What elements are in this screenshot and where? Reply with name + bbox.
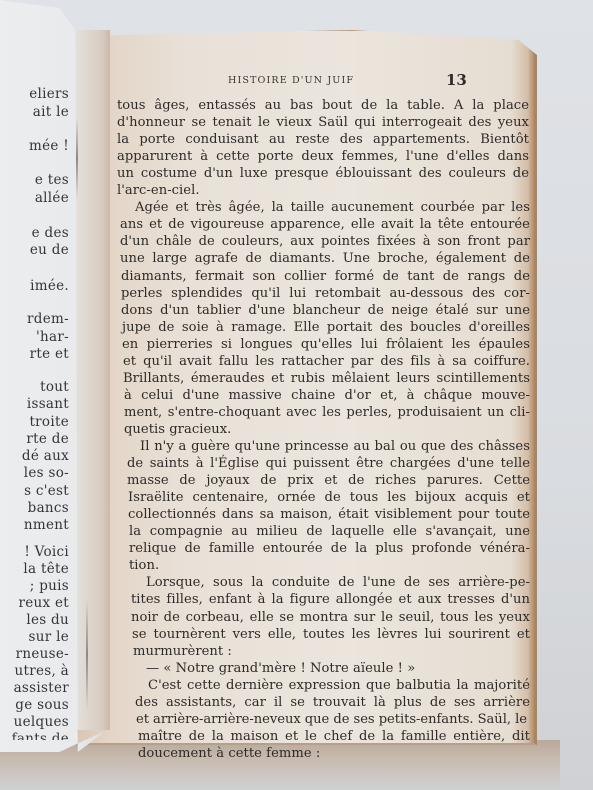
text-line: Israëlite centenaire, ornée de tous les … [128, 490, 530, 505]
text-line: jupe de soie à ramage. Elle portait des … [122, 320, 530, 335]
text-line: collectionnés dans sa maison, était visi… [128, 507, 530, 522]
text-line: de saints à l'Église qui puissent être c… [127, 456, 530, 471]
text-line: Agée et très âgée, la taille aucunement … [135, 200, 530, 215]
page-body-text: tous âges, entassés au bas bout de la ta… [0, 0, 593, 790]
text-line: l'arc-en-ciel. [117, 183, 200, 198]
text-line: noir de corbeau, elle se montra sur le s… [131, 610, 530, 625]
text-line: Il n'y a guère qu'une princesse au bal o… [140, 439, 530, 454]
text-line: — « Notre grand'mère ! Notre aïeule ! » [146, 661, 415, 676]
text-line: apparurent à cette porte deux femmes, l'… [117, 149, 529, 164]
text-line: tous âges, entassés au bas bout de la ta… [117, 98, 529, 113]
text-line: diamants, fermait son collier formé de t… [121, 269, 530, 284]
text-line: la compagnie au milieu de laquelle elle … [129, 524, 530, 539]
text-line: d'honneur se tenait le vieux Saül qui in… [117, 115, 529, 130]
text-line: une large agrafe de diamants. Une broche… [120, 251, 530, 266]
text-line: d'un châle de couleurs, aux pointes fixé… [120, 234, 530, 249]
text-line: dons d'un tablier d'une blancheur de nei… [121, 303, 530, 318]
text-line: tion. [129, 558, 159, 573]
text-line: doucement à cette femme : [138, 746, 320, 761]
text-line: et qu'il avait fallu les rattacher par d… [123, 354, 530, 369]
text-line: quetis gracieux. [124, 422, 231, 437]
text-line: Lorsque, sous la conduite de l'une de se… [146, 575, 530, 590]
text-line: masse de joyaux de prix et de riches par… [127, 473, 530, 488]
text-line: maître de la maison et le chef de la fam… [138, 729, 530, 744]
text-line: relique de famille entourée de la plus p… [129, 541, 530, 556]
text-line: perles splendides qu'il lui retombait au… [121, 286, 530, 301]
text-line: la porte conduisant au reste des apparte… [117, 132, 529, 147]
text-line: ans et de vigoureuse apparence, elle ava… [120, 217, 530, 232]
text-line: se tournèrent vers elle, toutes les lèvr… [132, 627, 530, 642]
text-line: C'est cette dernière expression que balb… [148, 678, 530, 693]
text-line: un costume d'un luxe presque éblouissant… [117, 166, 529, 181]
text-line: à celui d'une massive chaine d'or et, à … [124, 388, 530, 403]
text-line: ment, s'entre-choquant avec les perles, … [124, 405, 530, 420]
text-line: murmurèrent : [133, 644, 232, 659]
text-line: des assistants, car il se trouvait là pl… [135, 695, 530, 710]
text-line: Brillants, émeraudes et rubis mêlaient l… [123, 371, 530, 386]
text-line: tites filles, enfant à la figure allongé… [131, 592, 530, 607]
text-line: en pierreries si longues qu'elles lui fr… [122, 337, 530, 352]
text-line: et arrière-arrière-neveux que de ses pet… [136, 712, 527, 727]
